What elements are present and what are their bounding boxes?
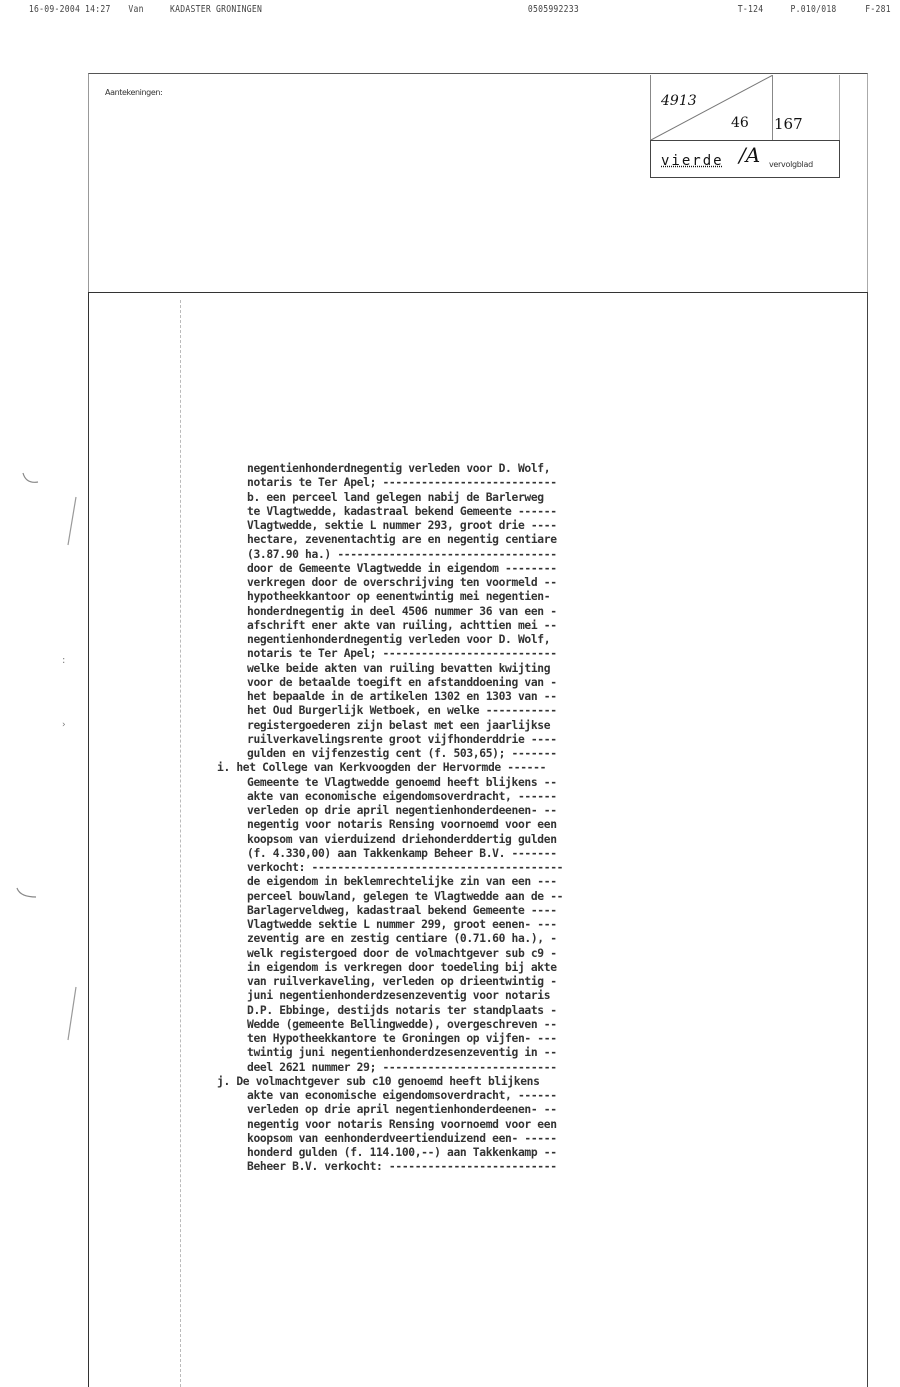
hole-punch-mark-icon bbox=[20, 470, 50, 500]
deed-text-line: Gemeente te Vlagtwedde genoemd heeft bli… bbox=[247, 776, 807, 790]
deed-text-line: zeventig are en zestig centiare (0.71.60… bbox=[247, 932, 807, 946]
fax-from-label: Van bbox=[128, 4, 143, 15]
margin-dot-mark: › bbox=[62, 720, 66, 730]
deed-text-line: akte van economische eigendomsoverdracht… bbox=[247, 1089, 807, 1103]
deed-text-line: Vlagtwedde, sektie L nummer 293, groot d… bbox=[247, 519, 807, 533]
continuation-sheet-box: vierde /A vervolgblad bbox=[650, 140, 840, 178]
deed-text-line: koopsom van eenhonderdveertienduizend ee… bbox=[247, 1132, 807, 1146]
fax-id: F-281 bbox=[865, 4, 891, 15]
deed-text-line: (f. 4.330,00) aan Takkenkamp Beheer B.V.… bbox=[247, 847, 807, 861]
annotations-label: Aantekeningen: bbox=[105, 88, 162, 97]
deed-text-line: in eigendom is verkregen door toedeling … bbox=[247, 961, 807, 975]
margin-guide-line bbox=[180, 300, 181, 1387]
hole-punch-mark-icon bbox=[14, 885, 44, 909]
deed-text-line: Barlagerveldweg, kadastraal bekend Gemee… bbox=[247, 904, 807, 918]
deed-text-line: akte van economische eigendomsoverdracht… bbox=[247, 790, 807, 804]
continuation-mark: /A bbox=[739, 143, 760, 167]
fax-sender: KADASTER GRONINGEN bbox=[170, 4, 262, 15]
deed-text-line: door de Gemeente Vlagtwedde in eigendom … bbox=[247, 562, 807, 576]
deed-text-line: notaris te Ter Apel; -------------------… bbox=[247, 647, 807, 661]
deed-text-line: honderd gulden (f. 114.100,--) aan Takke… bbox=[247, 1146, 807, 1160]
deed-text-line: het bepaalde in de artikelen 1302 en 130… bbox=[247, 690, 807, 704]
deed-text-line: negentienhonderdnegentig verleden voor D… bbox=[247, 633, 807, 647]
deed-text-line: perceel bouwland, gelegen te Vlagtwedde … bbox=[247, 890, 807, 904]
deed-text-line: registergoederen zijn belast met een jaa… bbox=[247, 719, 807, 733]
deed-text-line: van ruilverkaveling, verleden op drieent… bbox=[247, 975, 807, 989]
deed-list-item-line: i. het College van Kerkvoogden der Hervo… bbox=[217, 761, 777, 775]
deed-text-line: de eigendom in beklemrechtelijke zin van… bbox=[247, 875, 807, 889]
deed-text-line: koopsom van vierduizend driehonderdderti… bbox=[247, 833, 807, 847]
deed-text-line: Wedde (gemeente Bellingwedde), overgesch… bbox=[247, 1018, 807, 1032]
deed-text-line: b. een perceel land gelegen nabij de Bar… bbox=[247, 491, 807, 505]
fax-time: 14:27 bbox=[85, 4, 111, 15]
deed-text-line: hectare, zevenentachtig are en negentig … bbox=[247, 533, 807, 547]
fax-header: 16-09-2004 14:27 Van KADASTER GRONINGEN … bbox=[0, 4, 765, 20]
pen-stroke-mark-icon bbox=[64, 985, 80, 1045]
deed-text-line: gulden en vijfenzestig cent (f. 503,65);… bbox=[247, 747, 807, 761]
deed-text-line: (3.87.90 ha.) --------------------------… bbox=[247, 548, 807, 562]
deed-text-line: verkocht: ------------------------------… bbox=[247, 861, 807, 875]
deed-text-line: D.P. Ebbinge, destijds notaris ter stand… bbox=[247, 1004, 807, 1018]
deed-text-line: hypotheekkantoor op eenentwintig mei neg… bbox=[247, 590, 807, 604]
deed-text-line: verkregen door de overschrijving ten voo… bbox=[247, 576, 807, 590]
deed-list-item-line: j. De volmachtgever sub c10 genoemd heef… bbox=[217, 1075, 777, 1089]
deed-text-line: negentig voor notaris Rensing voornoemd … bbox=[247, 1118, 807, 1132]
fax-phone: 0505992233 bbox=[528, 4, 579, 15]
fax-date: 16-09-2004 bbox=[29, 4, 80, 15]
deed-text-line: voor de betaalde toegift en afstanddoeni… bbox=[247, 676, 807, 690]
part-number: 46 bbox=[731, 115, 749, 131]
reference-box: 4913 46 167 vierde /A vervolgblad bbox=[650, 75, 840, 183]
sheet-number: 167 bbox=[774, 115, 803, 133]
pen-stroke-mark-icon bbox=[64, 495, 80, 555]
deed-text-line: te Vlagtwedde, kadastraal bekend Gemeent… bbox=[247, 505, 807, 519]
deed-text: negentienhonderdnegentig verleden voor D… bbox=[247, 462, 807, 1175]
deed-text-line: welke beide akten van ruiling bevatten k… bbox=[247, 662, 807, 676]
register-cell: 4913 46 bbox=[650, 75, 772, 140]
deed-text-line: twintig juni negentienhonderdzesenzevent… bbox=[247, 1046, 807, 1060]
deed-text-line: notaris te Ter Apel; -------------------… bbox=[247, 476, 807, 490]
deed-text-line: honderdnegentig in deel 4506 nummer 36 v… bbox=[247, 605, 807, 619]
deed-text-line: welk registergoed door de volmachtgever … bbox=[247, 947, 807, 961]
deed-text-line: Beheer B.V. verkocht: ------------------… bbox=[247, 1160, 807, 1174]
register-number: 4913 bbox=[661, 93, 697, 109]
fax-transmission-id: T-124 bbox=[738, 4, 764, 15]
continuation-word: vierde bbox=[661, 153, 724, 169]
deed-text-line: negentienhonderdnegentig verleden voor D… bbox=[247, 462, 807, 476]
deed-text-line: afschrift ener akte van ruiling, achttie… bbox=[247, 619, 807, 633]
deed-text-line: verleden op drie april negentienhonderde… bbox=[247, 804, 807, 818]
deed-text-line: ruilverkavelingsrente groot vijfhonderdd… bbox=[247, 733, 807, 747]
deed-text-line: deel 2621 nummer 29; -------------------… bbox=[247, 1061, 807, 1075]
fax-page-number: P.010/018 bbox=[791, 4, 837, 15]
margin-dot-mark: : bbox=[62, 655, 65, 666]
deed-text-line: verleden op drie april negentienhonderde… bbox=[247, 1103, 807, 1117]
deed-text-line: ten Hypotheekkantore te Groningen op vij… bbox=[247, 1032, 807, 1046]
deed-text-line: Vlagtwedde sektie L nummer 299, groot ee… bbox=[247, 918, 807, 932]
deed-text-line: negentig voor notaris Rensing voornoemd … bbox=[247, 818, 807, 832]
deed-text-line: juni negentienhonderdzesenzeventig voor … bbox=[247, 989, 807, 1003]
deed-text-line: het Oud Burgerlijk Wetboek, en welke ---… bbox=[247, 704, 807, 718]
continuation-label: vervolgblad bbox=[769, 160, 813, 169]
